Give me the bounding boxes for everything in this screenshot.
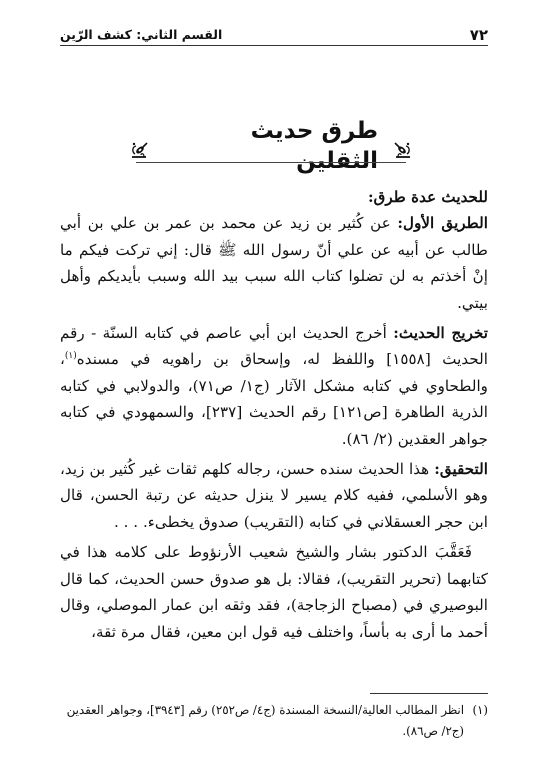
section-title: القسم الثاني: كشف الرّين [60, 26, 222, 44]
first-path-paragraph: الطريق الأول: عن كُثير بن زيد عن محمد بن… [60, 210, 488, 316]
tahqiq-paragraph: التحقيق: هذا الحديث سنده حسن، رجاله كلهم… [60, 456, 488, 535]
takhrij-paragraph: تخريج الحديث: أخرج الحديث ابن أبي عاصم ف… [60, 320, 488, 452]
chapter-heading: طرق حديث الثقلين [130, 128, 412, 164]
intro-line: للحديث عدة طرق: [60, 184, 488, 210]
header-rule [60, 45, 488, 46]
chapter-title: طرق حديث الثقلين [164, 116, 378, 176]
floral-ornament-icon [392, 140, 412, 160]
footnote-divider [370, 693, 488, 694]
honorific-glyph: ﷺ [218, 241, 236, 259]
chapter-title-underline [136, 162, 406, 163]
first-path-label: الطريق الأول: [397, 214, 488, 232]
tahqiq-label: التحقيق: [434, 460, 488, 478]
footnote-text: انظر المطالب العالية/النسخة المسندة (ج٤/… [60, 700, 464, 742]
book-page: ٧٢ القسم الثاني: كشف الرّين طرق حديث الث… [60, 0, 488, 774]
footnotes: (١) انظر المطالب العالية/النسخة المسندة … [60, 700, 488, 742]
taaqqub-paragraph: فَعَقَّبَ الدكتور بشار والشيخ شعيب الأرن… [60, 539, 488, 645]
footnote-1: (١) انظر المطالب العالية/النسخة المسندة … [60, 700, 488, 742]
footnote-marker: (١) [464, 700, 488, 742]
page-number: ٧٢ [470, 26, 488, 44]
floral-ornament-icon [130, 140, 150, 160]
tahqiq-text: هذا الحديث سنده حسن، رجاله كلهم ثقات غير… [60, 460, 488, 531]
running-header: ٧٢ القسم الثاني: كشف الرّين [60, 22, 488, 44]
footnote-reference-1[interactable]: (١) [65, 351, 77, 361]
takhrij-label: تخريج الحديث: [393, 324, 488, 342]
body-text: للحديث عدة طرق: الطريق الأول: عن كُثير ب… [60, 184, 488, 645]
